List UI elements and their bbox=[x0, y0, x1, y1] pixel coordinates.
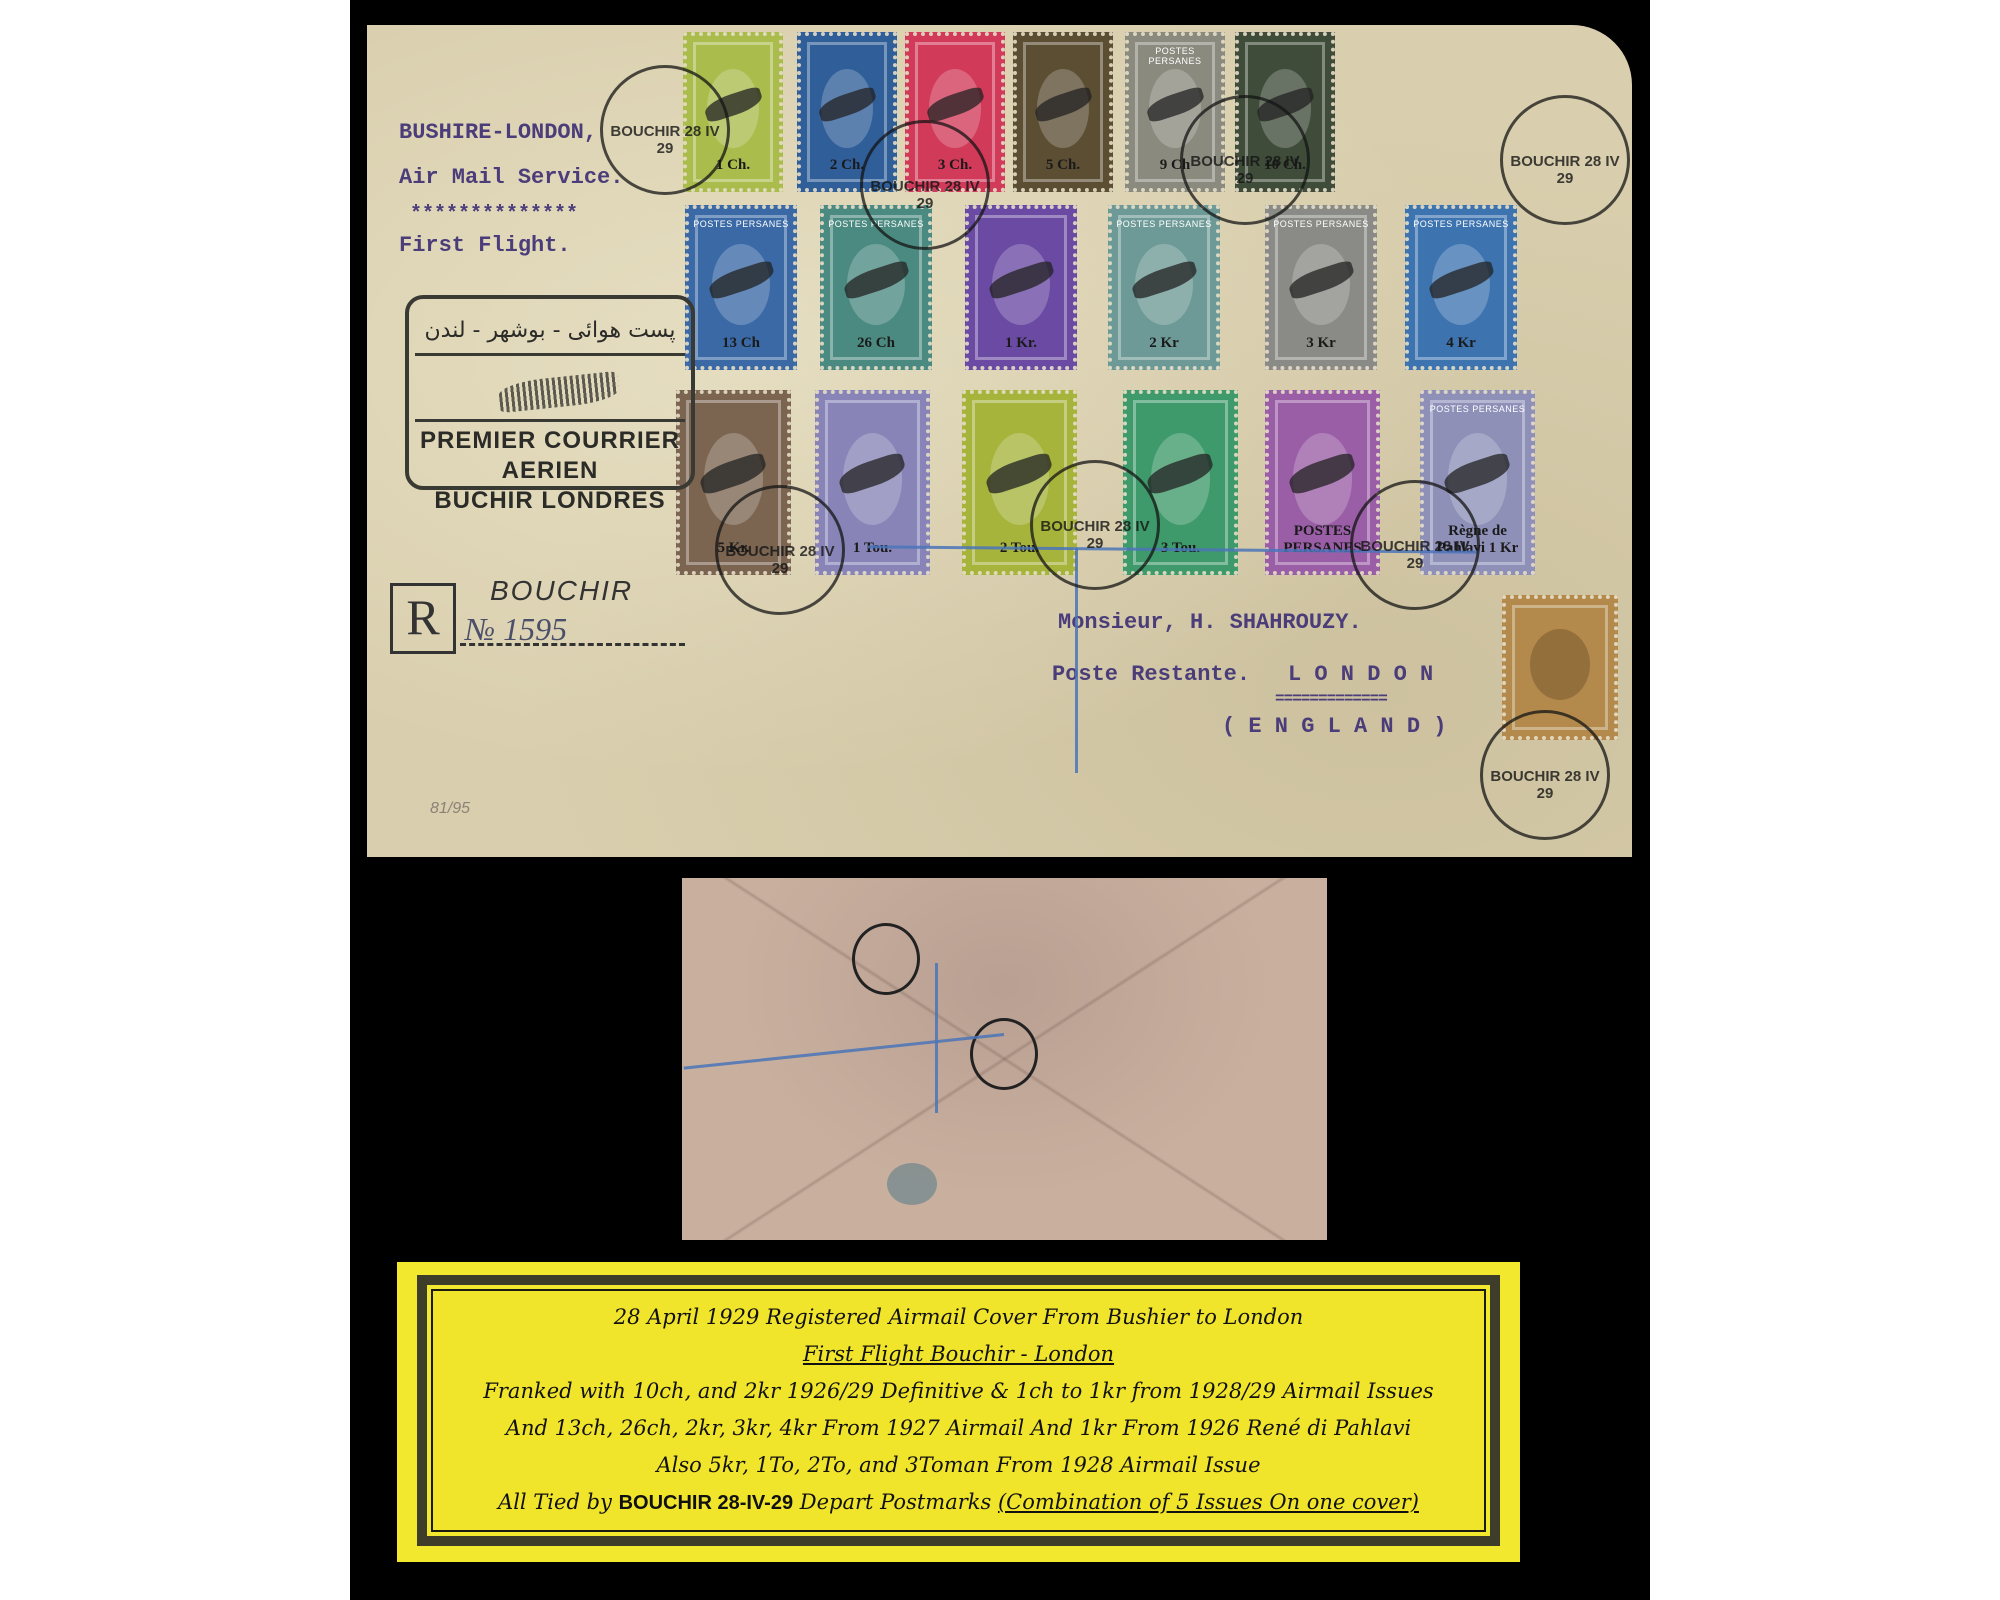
stamp-row2-3: 1 Kr. bbox=[965, 205, 1077, 370]
postmark-bouchir-5: BOUCHIR 28 IV 29 bbox=[715, 485, 845, 615]
postmark-bouchir-4: BOUCHIR 28 IV 29 bbox=[1500, 95, 1630, 225]
stamp-row2-4: POSTES PERSANES2 Kr bbox=[1108, 205, 1220, 370]
cover-back bbox=[682, 878, 1327, 1240]
cachet-line-2: BUCHIR LONDRES bbox=[415, 486, 685, 516]
backstamp-2 bbox=[970, 1018, 1038, 1090]
label-line-issues-1928: Also 5kr, 1To, 2To, and 3Toman From 1928… bbox=[433, 1447, 1484, 1484]
typed-route: BUSHIRE-LONDON, bbox=[399, 120, 597, 145]
address-country: ( E N G L A N D ) bbox=[1222, 714, 1446, 739]
address-poste-restante: Poste Restante. bbox=[1052, 662, 1250, 687]
postmark-bouchir-2: BOUCHIR 28 IV 29 bbox=[860, 120, 990, 250]
postmark-bouchir-3: BOUCHIR 28 IV 29 bbox=[1180, 95, 1310, 225]
registration-office: BOUCHIR bbox=[490, 575, 633, 607]
address-underline: ============= bbox=[1275, 690, 1387, 708]
back-blue-crayon-vertical bbox=[935, 963, 938, 1113]
label-line-tied: All Tied by BOUCHIR 28-IV-29 Depart Post… bbox=[433, 1484, 1484, 1522]
pencil-note: 81/95 bbox=[430, 800, 470, 818]
stamp-row2-5: POSTES PERSANES3 Kr bbox=[1265, 205, 1377, 370]
label-frame: 28 April 1929 Registered Airmail Cover F… bbox=[417, 1275, 1500, 1546]
tied-prefix: All Tied by bbox=[498, 1490, 612, 1514]
address-city: L O N D O N bbox=[1288, 662, 1433, 687]
label-line-title: 28 April 1929 Registered Airmail Cover F… bbox=[433, 1299, 1484, 1336]
registration-dash-line bbox=[460, 643, 685, 646]
postmark-bouchir-6: BOUCHIR 28 IV 29 bbox=[1030, 460, 1160, 590]
stamp-row1-4: 5 Ch. bbox=[1013, 32, 1113, 192]
stamp-row2-1: POSTES PERSANES13 Ch bbox=[685, 205, 797, 370]
tied-postmark: BOUCHIR 28-IV-29 bbox=[619, 1492, 794, 1514]
postmark-bouchir-8: BOUCHIR 28 IV 29 bbox=[1480, 710, 1610, 840]
postmark-bouchir-1: BOUCHIR 28 IV 29 bbox=[600, 65, 730, 195]
cachet-persian-text: پست هوائی - بوشهر - لندن bbox=[415, 309, 685, 356]
label-line-issues-1927: And 13ch, 26ch, 2kr, 3kr, 4kr From 1927 … bbox=[433, 1410, 1484, 1447]
tied-middle: Depart Postmarks bbox=[800, 1490, 992, 1514]
stamp-row2-6: POSTES PERSANES4 Kr bbox=[1405, 205, 1517, 370]
typed-asterisks: ************** bbox=[410, 203, 578, 226]
back-blue-crayon-horizontal bbox=[684, 1033, 1005, 1070]
biplane-icon bbox=[498, 371, 620, 413]
registration-label: R BOUCHIR № 1595 bbox=[390, 575, 680, 650]
description-label: 28 April 1929 Registered Airmail Cover F… bbox=[397, 1262, 1520, 1562]
address-line-1: Monsieur, H. SHAHROUZY. bbox=[1058, 610, 1362, 635]
label-inner: 28 April 1929 Registered Airmail Cover F… bbox=[431, 1289, 1486, 1532]
first-flight-cachet: پست هوائی - بوشهر - لندن PREMIER COURRIE… bbox=[405, 295, 695, 490]
cachet-line-1: PREMIER COURRIER AERIEN bbox=[415, 426, 685, 486]
typed-service: Air Mail Service. bbox=[399, 165, 623, 190]
ink-smudge bbox=[887, 1163, 937, 1205]
tied-suffix: (Combination of 5 Issues On one cover) bbox=[998, 1490, 1419, 1514]
typed-first-flight: First Flight. bbox=[399, 233, 571, 258]
backstamp-1 bbox=[852, 923, 920, 995]
label-text: 28 April 1929 Registered Airmail Cover F… bbox=[433, 1299, 1484, 1522]
cachet-text: PREMIER COURRIER AERIEN BUCHIR LONDRES bbox=[415, 419, 685, 478]
postmark-bouchir-7: BOUCHIR 28 IV 29 bbox=[1350, 480, 1480, 610]
label-line-franking: Franked with 10ch, and 2kr 1926/29 Defin… bbox=[433, 1373, 1484, 1410]
label-line-subtitle: First Flight Bouchir - London bbox=[433, 1336, 1484, 1373]
registration-letter: R bbox=[390, 583, 456, 654]
